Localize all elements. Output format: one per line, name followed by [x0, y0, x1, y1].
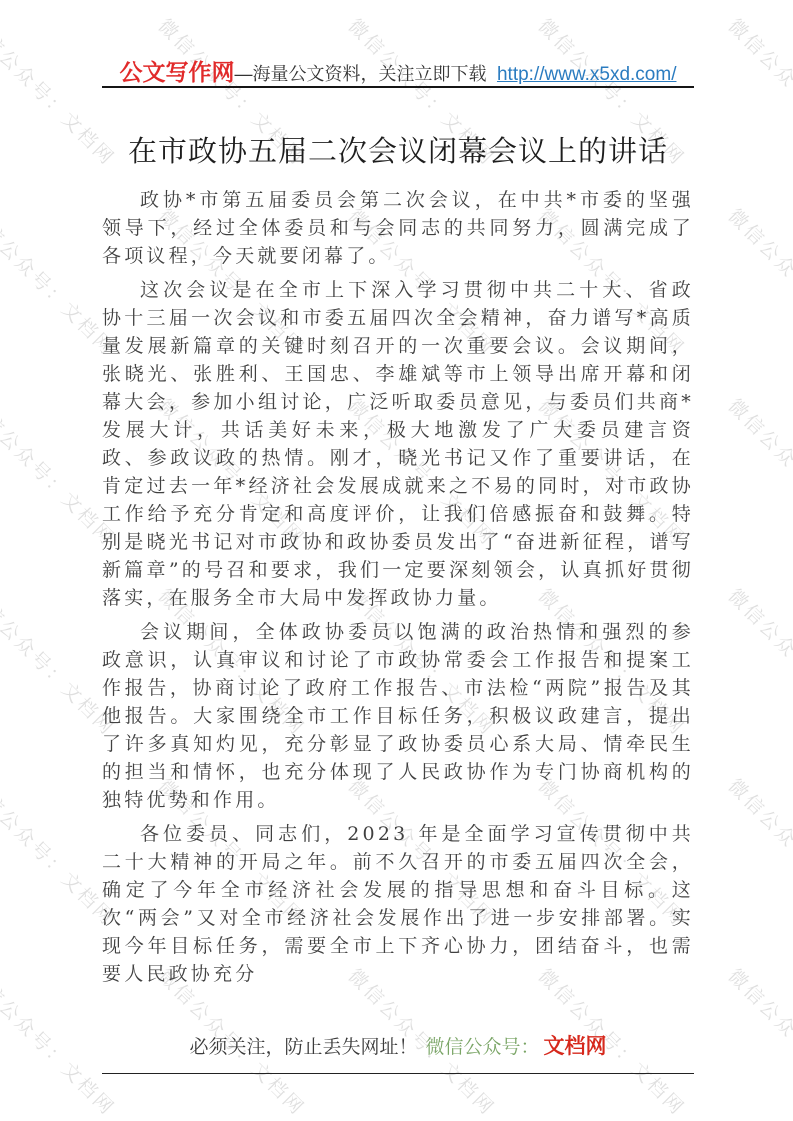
document-page: 微信公众号：文档网微信公众号：文档网微信公众号：文档网微信公众号：文档网微信公众… [0, 0, 793, 1121]
header-tagline: —海量公文资料，关注立即下载 [235, 64, 487, 84]
footer-warning: 必须关注，防止丢失网址！ [189, 1037, 417, 1058]
paragraph: 这次会议是在全市上下深入学习贯彻中共二十大、省政协十三届一次会议和市委五届四次全… [102, 276, 694, 612]
watermark-text: 微信公众号：文档网 [723, 392, 793, 551]
site-brand: 公文写作网 [120, 59, 235, 85]
watermark-text: 微信公众号：文档网 [723, 12, 793, 171]
watermark-text: 微信公众号：文档网 [723, 962, 793, 1121]
page-footer: 必须关注，防止丢失网址！微信公众号：文档网 [102, 1034, 694, 1074]
footer-account-label: 微信公众号： [426, 1037, 540, 1058]
site-url-link[interactable]: http://www.x5xd.com/ [497, 64, 677, 85]
paragraph: 政协*市第五届委员会第二次会议，在中共*市委的坚强领导下，经过全体委员和与会同志… [102, 186, 694, 270]
header-divider [102, 86, 694, 88]
site-header: 公文写作网—海量公文资料，关注立即下载 http://www.x5xd.com/ [102, 54, 694, 87]
document-title: 在市政协五届二次会议闭幕会议上的讲话 [102, 128, 694, 174]
footer-divider [102, 1073, 694, 1074]
footer-account-name: 文档网 [544, 1035, 607, 1058]
document-body: 政协*市第五届委员会第二次会议，在中共*市委的坚强领导下，经过全体委员和与会同志… [102, 186, 694, 994]
paragraph: 各位委员、同志们，2023 年是全面学习宣传贯彻中共二十大精神的开局之年。前不久… [102, 820, 694, 988]
paragraph: 会议期间，全体政协委员以饱满的政治热情和强烈的参政意识，认真审议和讨论了市政协常… [102, 618, 694, 814]
watermark-text: 微信公众号：文档网 [723, 202, 793, 361]
watermark-text: 微信公众号：文档网 [723, 582, 793, 741]
footer-text: 必须关注，防止丢失网址！微信公众号：文档网 [102, 1034, 694, 1061]
watermark-text: 微信公众号：文档网 [723, 772, 793, 931]
